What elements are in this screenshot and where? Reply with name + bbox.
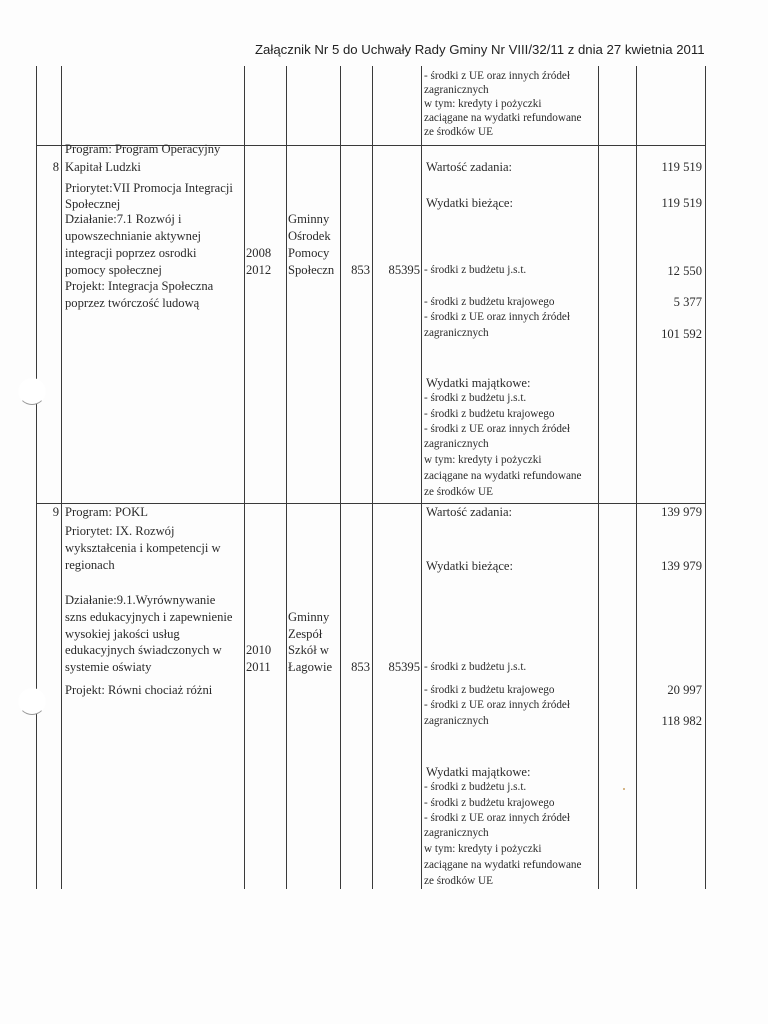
krajowy-value: 5 377 bbox=[640, 295, 702, 309]
row-number: 8 bbox=[40, 160, 59, 174]
unit-line: Gminny bbox=[288, 610, 329, 624]
punch-hole-mark bbox=[18, 688, 46, 715]
description-line: pomocy społecznej bbox=[65, 263, 162, 277]
continuation-line: - środki z UE oraz innych źródeł bbox=[424, 70, 570, 84]
col-border bbox=[372, 66, 373, 889]
description-line: Projekt: Integracja Społeczna bbox=[65, 279, 213, 293]
year-end: 2011 bbox=[246, 660, 271, 674]
unit-line: Pomocy bbox=[288, 246, 329, 260]
maj-jst: - środki z budżetu j.s.t. bbox=[424, 392, 526, 406]
description-line: Priorytet:VII Promocja Integracji bbox=[65, 181, 233, 195]
description-line: systemie oświaty bbox=[65, 660, 151, 674]
col-border bbox=[598, 66, 599, 889]
biezace-value: 119 519 bbox=[640, 196, 702, 210]
maj-kredyty: ze środków UE bbox=[424, 486, 493, 500]
col-border bbox=[421, 66, 422, 889]
col-border bbox=[61, 66, 62, 889]
biezace-value: 139 979 bbox=[640, 559, 702, 573]
majatkowe-label: Wydatki majątkowe: bbox=[426, 376, 531, 390]
row-number: 9 bbox=[40, 505, 59, 519]
unit-line: Ośrodek bbox=[288, 229, 331, 243]
rozdzial: 85395 bbox=[374, 263, 420, 277]
jst-label: - środki z budżetu j.s.t. bbox=[424, 264, 526, 278]
description-line: Program: Program Operacyjny bbox=[65, 142, 220, 156]
description-line: szns edukacyjnych i zapewnienie bbox=[65, 610, 233, 624]
maj-kredyty: ze środków UE bbox=[424, 875, 493, 889]
scan-speck bbox=[623, 788, 625, 790]
unit-line: Łagowie bbox=[288, 660, 332, 674]
description-line: Kapitał Ludzki bbox=[65, 160, 141, 174]
unit-line: Szkół w bbox=[288, 643, 329, 657]
jst-value: 12 550 bbox=[640, 264, 702, 278]
document-header: Załącznik Nr 5 do Uchwały Rady Gminy Nr … bbox=[255, 42, 705, 57]
year-start: 2008 bbox=[246, 246, 271, 260]
rozdzial: 85395 bbox=[374, 660, 420, 674]
wartosc-label: Wartość zadania: bbox=[426, 505, 512, 519]
col-border bbox=[244, 66, 245, 889]
col-border bbox=[340, 66, 341, 889]
unit-line: Gminny bbox=[288, 212, 329, 226]
description-line: edukacyjnych świadczonych w bbox=[65, 643, 222, 657]
description-line: regionach bbox=[65, 558, 115, 572]
majatkowe-label: Wydatki majątkowe: bbox=[426, 765, 531, 779]
biezace-label: Wydatki bieżące: bbox=[426, 196, 513, 210]
maj-kredyty: w tym: kredyty i pożyczki bbox=[424, 454, 541, 468]
ue-label: zagranicznych bbox=[424, 715, 489, 729]
year-start: 2010 bbox=[246, 643, 271, 657]
col-border bbox=[705, 66, 706, 889]
ue-value: 101 592 bbox=[640, 327, 702, 341]
description-line: Społecznej bbox=[65, 197, 120, 211]
ue-label: - środki z UE oraz innych źródeł bbox=[424, 311, 570, 325]
krajowy-label: - środki z budżetu krajowego bbox=[424, 684, 554, 698]
continuation-line: zaciągane na wydatki refundowane bbox=[424, 112, 581, 126]
ue-label: zagranicznych bbox=[424, 327, 489, 341]
description-line: poprzez twórczość ludową bbox=[65, 296, 199, 310]
punch-hole-mark bbox=[18, 378, 46, 405]
maj-ue: zagranicznych bbox=[424, 827, 489, 841]
krajowy-value: 20 997 bbox=[640, 683, 702, 697]
ue-label: - środki z UE oraz innych źródeł bbox=[424, 699, 570, 713]
jst-label: - środki z budżetu j.s.t. bbox=[424, 661, 526, 675]
description-line: upowszechnianie aktywnej bbox=[65, 229, 201, 243]
biezace-label: Wydatki bieżące: bbox=[426, 559, 513, 573]
description-line: Priorytet: IX. Rozwój bbox=[65, 524, 174, 538]
continuation-line: ze środków UE bbox=[424, 126, 493, 140]
description-line: wysokiej jakości usług bbox=[65, 627, 180, 641]
description-line: Program: POKL bbox=[65, 505, 148, 519]
description-line: Działanie:9.1.Wyrównywanie bbox=[65, 593, 215, 607]
continuation-line: w tym: kredyty i pożyczki bbox=[424, 98, 541, 112]
wartosc-label: Wartość zadania: bbox=[426, 160, 512, 174]
continuation-line: zagranicznych bbox=[424, 84, 489, 98]
ue-value: 118 982 bbox=[640, 714, 702, 728]
dzial: 853 bbox=[342, 660, 370, 674]
wartosc-value: 119 519 bbox=[640, 160, 702, 174]
col-border bbox=[36, 66, 37, 889]
maj-kredyty: zaciągane na wydatki refundowane bbox=[424, 859, 581, 873]
col-border bbox=[636, 66, 637, 889]
description-line: Działanie:7.1 Rozwój i bbox=[65, 212, 181, 226]
unit-line: Zespół bbox=[288, 627, 322, 641]
wartosc-value: 139 979 bbox=[640, 505, 702, 519]
description-line: integracji poprzez osrodki bbox=[65, 246, 196, 260]
maj-kredyty: zaciągane na wydatki refundowane bbox=[424, 470, 581, 484]
maj-krajowy: - środki z budżetu krajowego bbox=[424, 797, 554, 811]
maj-krajowy: - środki z budżetu krajowego bbox=[424, 408, 554, 422]
description-line: wykształcenia i kompetencji w bbox=[65, 541, 221, 555]
maj-jst: - środki z budżetu j.s.t. bbox=[424, 781, 526, 795]
year-end: 2012 bbox=[246, 263, 271, 277]
maj-ue: - środki z UE oraz innych źródeł bbox=[424, 812, 570, 826]
description-line: Projekt: Równi chociaż różni bbox=[65, 683, 212, 697]
maj-kredyty: w tym: kredyty i pożyczki bbox=[424, 843, 541, 857]
maj-ue: - środki z UE oraz innych źródeł bbox=[424, 423, 570, 437]
dzial: 853 bbox=[342, 263, 370, 277]
col-border bbox=[286, 66, 287, 889]
unit-line: Społeczn bbox=[288, 263, 334, 277]
krajowy-label: - środki z budżetu krajowego bbox=[424, 296, 554, 310]
maj-ue: zagranicznych bbox=[424, 438, 489, 452]
